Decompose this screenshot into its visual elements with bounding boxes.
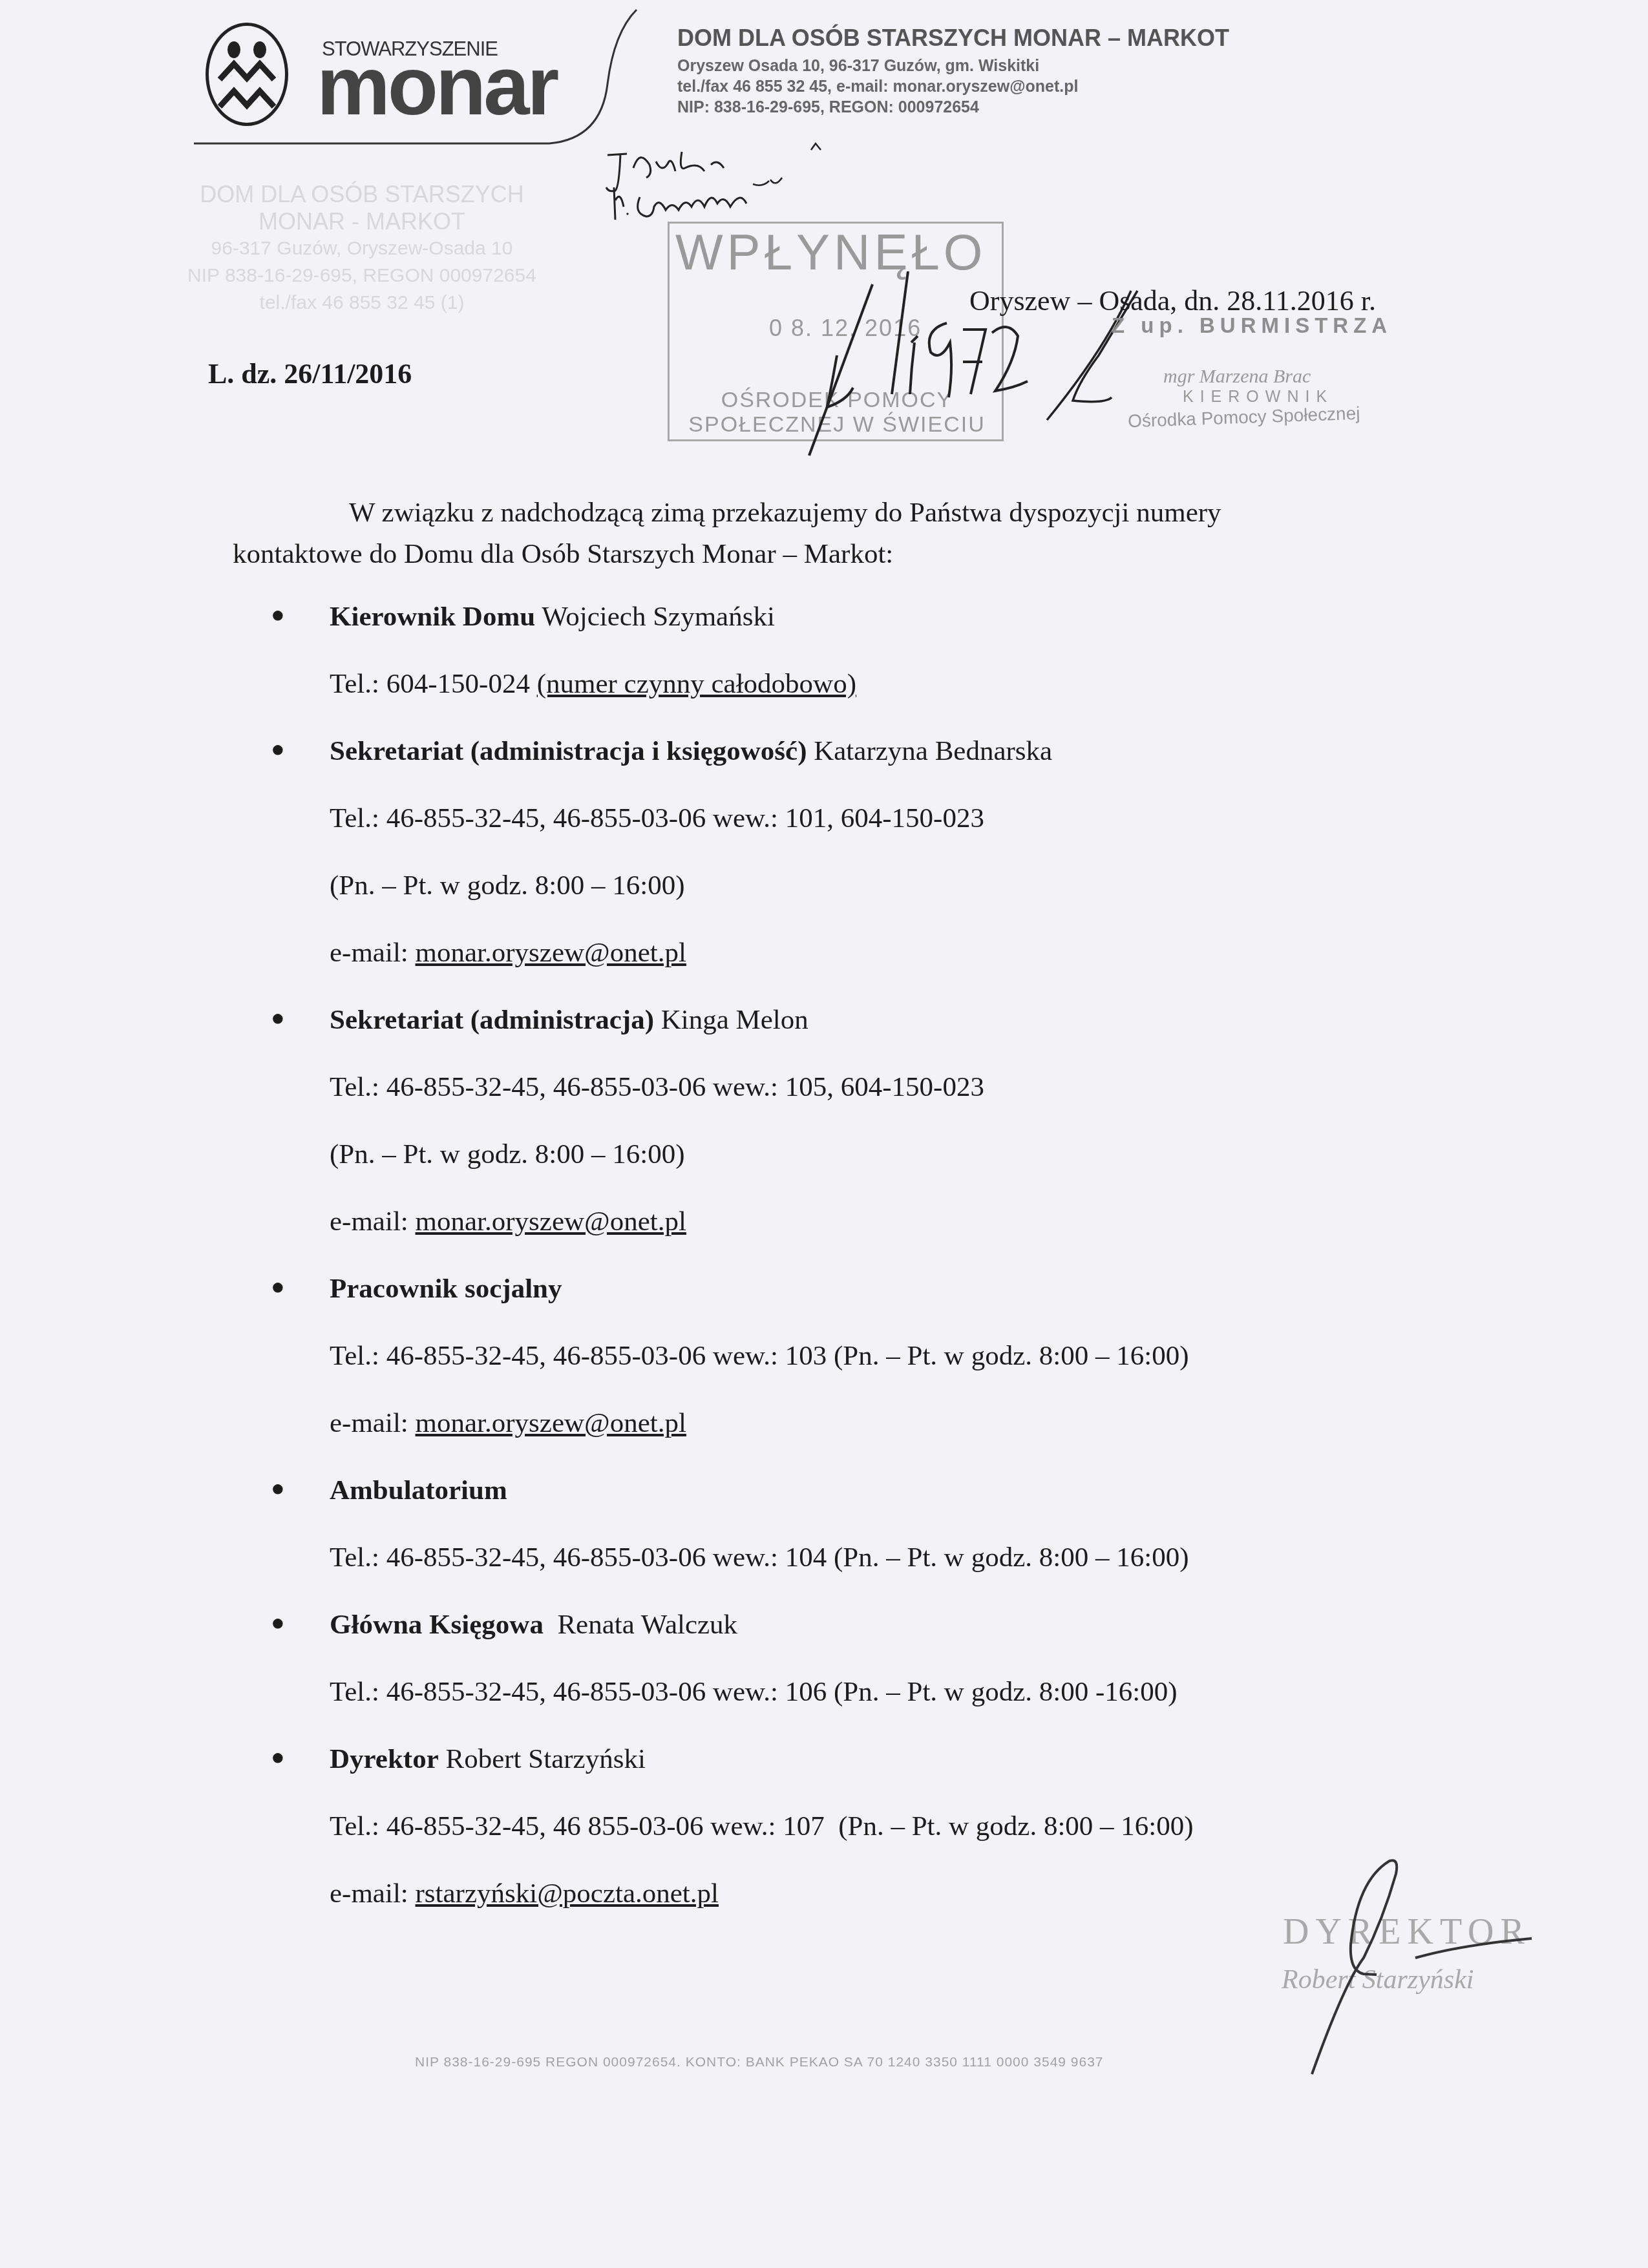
- contact-detail-line: e-mail: monar.oryszew@onet.pl: [330, 1407, 1438, 1475]
- contact-detail-line: Tel.: 46-855-32-45, 46-855-03-06 wew.: 1…: [330, 1542, 1438, 1609]
- org-name: DOM DLA OSÓB STARSZYCH MONAR – MARKOT: [677, 25, 1229, 52]
- logo-brand: monar: [317, 45, 556, 128]
- contact-heading: Kierownik Domu Wojciech Szymański: [330, 601, 1438, 668]
- contact-detail-text: e-mail:: [330, 1206, 416, 1237]
- org-contact: tel./fax 46 855 32 45, e-mail: monar.ory…: [677, 78, 1078, 96]
- place-date: Oryszew – Osada, dn. 28.11.2016 r.: [969, 284, 1376, 317]
- contact-heading: Ambulatorium: [330, 1475, 1438, 1542]
- contact-title: Ambulatorium: [330, 1475, 507, 1506]
- contact-detail-text: e-mail:: [330, 938, 416, 968]
- director-signature-icon: [1293, 1854, 1538, 2081]
- contact-title: Główna Księgowa: [330, 1610, 544, 1640]
- bullet-icon: ●: [271, 601, 285, 628]
- bullet-icon: ●: [271, 735, 285, 762]
- contact-detail-line: Tel.: 46-855-32-45, 46-855-03-06 wew.: 1…: [330, 1071, 1438, 1139]
- contact-detail-line: Tel.: 46-855-32-45, 46-855-03-06 wew.: 1…: [330, 1340, 1438, 1407]
- contact-entry: ●Sekretariat (administracja) Kinga Melon…: [275, 1004, 1438, 1273]
- contact-detail-text: (Pn. – Pt. w godz. 8:00 – 16:00): [330, 870, 684, 901]
- intro-line: W związku z nadchodzącą zimą przekazujem…: [233, 492, 1422, 534]
- bullet-icon: ●: [271, 1743, 285, 1770]
- contact-heading: Główna Księgowa Renata Walczuk: [330, 1609, 1438, 1676]
- contact-name: Wojciech Szymański: [535, 602, 775, 632]
- contact-title: Sekretariat (administracja i księgowość): [330, 736, 807, 766]
- contact-name: Katarzyna Bednarska: [807, 736, 1052, 766]
- monar-logo-figures-icon: [213, 36, 281, 116]
- contact-heading: Sekretariat (administracja i księgowość)…: [330, 735, 1438, 803]
- contact-detail-text: e-mail:: [330, 1878, 416, 1909]
- contact-heading: Pracownik socjalny: [330, 1273, 1438, 1340]
- email-link[interactable]: monar.oryszew@onet.pl: [416, 1206, 686, 1237]
- contact-detail-text: Tel.: 46-855-32-45, 46-855-03-06 wew.: 1…: [330, 1072, 984, 1102]
- contact-name: Renata Walczuk: [544, 1610, 737, 1640]
- contact-detail-text: Tel.: 46-855-32-45, 46-855-03-06 wew.: 1…: [330, 1542, 1188, 1573]
- contact-entry: ●Pracownik socjalnyTel.: 46-855-32-45, 4…: [275, 1273, 1438, 1475]
- faded-stamp-line: NIP 838-16-29-695, REGON 000972654: [187, 262, 536, 289]
- contact-detail-text: Tel.: 46-855-32-45, 46-855-03-06 wew.: 1…: [330, 803, 984, 834]
- contact-entry: ●Sekretariat (administracja i księgowość…: [275, 735, 1438, 1004]
- contact-note: (numer czynny całodobowo): [537, 669, 856, 699]
- contact-entry: ●Dyrektor Robert StarzyńskiTel.: 46-855-…: [275, 1743, 1438, 1945]
- email-link[interactable]: rstarzyński@poczta.onet.pl: [416, 1878, 719, 1909]
- contact-detail-line: e-mail: monar.oryszew@onet.pl: [330, 1206, 1438, 1273]
- contact-title: Kierownik Domu: [330, 602, 535, 632]
- contact-detail-line: e-mail: rstarzyński@poczta.onet.pl: [330, 1878, 1438, 1945]
- contact-title: Pracownik socjalny: [330, 1274, 562, 1304]
- contact-heading: Dyrektor Robert Starzyński: [330, 1743, 1438, 1811]
- contact-detail-text: Tel.: 46-855-32-45, 46-855-03-06 wew.: 1…: [330, 1677, 1178, 1707]
- contact-detail-text: Tel.: 46-855-32-45, 46 855-03-06 wew.: 1…: [330, 1811, 1194, 1842]
- reference-number: L. dz. 26/11/2016: [208, 357, 412, 390]
- bullet-icon: ●: [271, 1475, 285, 1502]
- faded-stamp-line: MONAR - MARKOT: [187, 208, 536, 235]
- bullet-icon: ●: [271, 1609, 285, 1636]
- contact-heading: Sekretariat (administracja) Kinga Melon: [330, 1004, 1438, 1071]
- contact-detail-line: e-mail: monar.oryszew@onet.pl: [330, 937, 1438, 1004]
- mayor-stamp-role: KIEROWNIK: [1183, 388, 1333, 406]
- mayor-stamp-line: Z up. BURMISTRZA: [1112, 313, 1392, 338]
- contact-detail-text: Tel.: 604-150-024: [330, 669, 537, 699]
- contact-detail-text: e-mail:: [330, 1408, 416, 1438]
- org-address: Oryszew Osada 10, 96-317 Guzów, gm. Wisk…: [677, 57, 1039, 76]
- contact-name: Kinga Melon: [654, 1005, 808, 1035]
- org-ids: NIP: 838-16-29-695, REGON: 000972654: [677, 98, 979, 117]
- contact-detail-text: (Pn. – Pt. w godz. 8:00 – 16:00): [330, 1139, 684, 1170]
- contact-title: Sekretariat (administracja): [330, 1005, 654, 1035]
- faded-stamp-line: tel./fax 46 855 32 45 (1): [187, 289, 536, 317]
- contact-detail-line: Tel.: 46-855-32-45, 46-855-03-06 wew.: 1…: [330, 803, 1438, 870]
- contact-detail-line: Tel.: 46-855-32-45, 46-855-03-06 wew.: 1…: [330, 1676, 1438, 1743]
- faded-stamp-line: 96-317 Guzów, Oryszew-Osada 10: [187, 235, 536, 262]
- contact-detail-text: Tel.: 46-855-32-45, 46-855-03-06 wew.: 1…: [330, 1341, 1188, 1371]
- contacts-list: ●Kierownik Domu Wojciech SzymańskiTel.: …: [275, 601, 1438, 1945]
- footer-bank-info: NIP 838-16-29-695 REGON 000972654. KONTO…: [415, 2055, 1104, 2070]
- faded-org-stamp: DOM DLA OSÓB STARSZYCH MONAR - MARKOT 96…: [187, 181, 536, 317]
- email-link[interactable]: monar.oryszew@onet.pl: [416, 1408, 686, 1438]
- bullet-icon: ●: [271, 1004, 285, 1031]
- contact-detail-line: (Pn. – Pt. w godz. 8:00 – 16:00): [330, 1139, 1438, 1206]
- contact-entry: ●Kierownik Domu Wojciech SzymańskiTel.: …: [275, 601, 1438, 735]
- bullet-icon: ●: [271, 1273, 285, 1300]
- contact-title: Dyrektor: [330, 1744, 439, 1774]
- contact-detail-line: Tel.: 604-150-024 (numer czynny całodobo…: [330, 668, 1438, 735]
- contact-entry: ●Główna Księgowa Renata WalczukTel.: 46-…: [275, 1609, 1438, 1743]
- contact-entry: ●AmbulatoriumTel.: 46-855-32-45, 46-855-…: [275, 1475, 1438, 1609]
- contact-detail-line: (Pn. – Pt. w godz. 8:00 – 16:00): [330, 870, 1438, 937]
- mayor-stamp-name: mgr Marzena Brac: [1163, 366, 1311, 388]
- handwritten-note-icon: [601, 136, 905, 226]
- faded-stamp-line: DOM DLA OSÓB STARSZYCH: [187, 181, 536, 208]
- contact-detail-line: Tel.: 46-855-32-45, 46 855-03-06 wew.: 1…: [330, 1811, 1438, 1878]
- intro-paragraph: W związku z nadchodzącą zimą przekazujem…: [233, 492, 1422, 575]
- email-link[interactable]: monar.oryszew@onet.pl: [416, 938, 686, 968]
- intro-line: kontaktowe do Domu dla Osób Starszych Mo…: [233, 534, 1422, 575]
- contact-name: Robert Starzyński: [439, 1744, 646, 1774]
